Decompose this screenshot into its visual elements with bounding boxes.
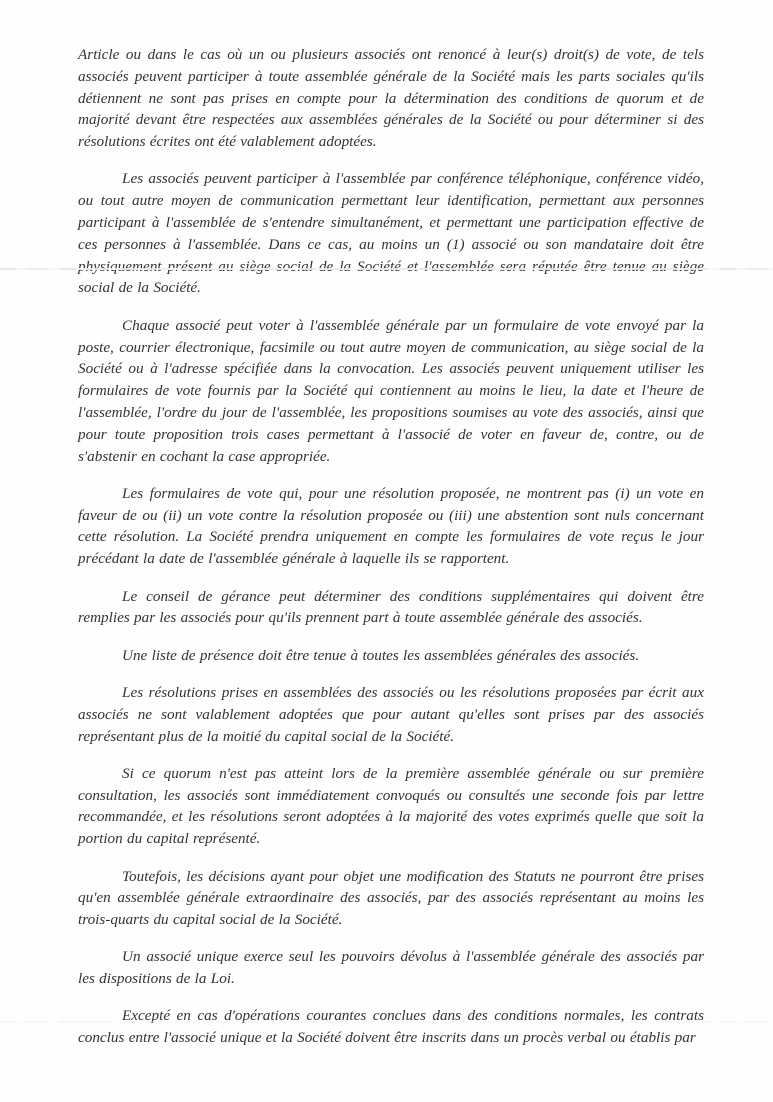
paragraph-5: Le conseil de gérance peut déterminer de… <box>78 586 704 630</box>
paragraph-3: Chaque associé peut voter à l'assemblée … <box>78 315 704 468</box>
paragraph-7: Les résolutions prises en assemblées des… <box>78 682 704 747</box>
paragraph-9: Toutefois, les décisions ayant pour obje… <box>78 866 704 931</box>
paragraph-10: Un associé unique exerce seul les pouvoi… <box>78 946 704 990</box>
document-text-block: Article ou dans le cas où un ou plusieur… <box>78 44 704 1065</box>
scan-crease-line <box>0 268 773 270</box>
paragraph-2: Les associés peuvent participer à l'asse… <box>78 168 704 299</box>
paragraph-11: Excepté en cas d'opérations courantes co… <box>78 1005 704 1049</box>
paragraph-1: Article ou dans le cas où un ou plusieur… <box>78 44 704 153</box>
scan-crease-line-faint <box>0 1021 773 1023</box>
paragraph-4: Les formulaires de vote qui, pour une ré… <box>78 483 704 570</box>
paragraph-8: Si ce quorum n'est pas atteint lors de l… <box>78 763 704 850</box>
paragraph-6: Une liste de présence doit être tenue à … <box>78 645 704 667</box>
document-page: Article ou dans le cas où un ou plusieur… <box>0 0 773 1102</box>
